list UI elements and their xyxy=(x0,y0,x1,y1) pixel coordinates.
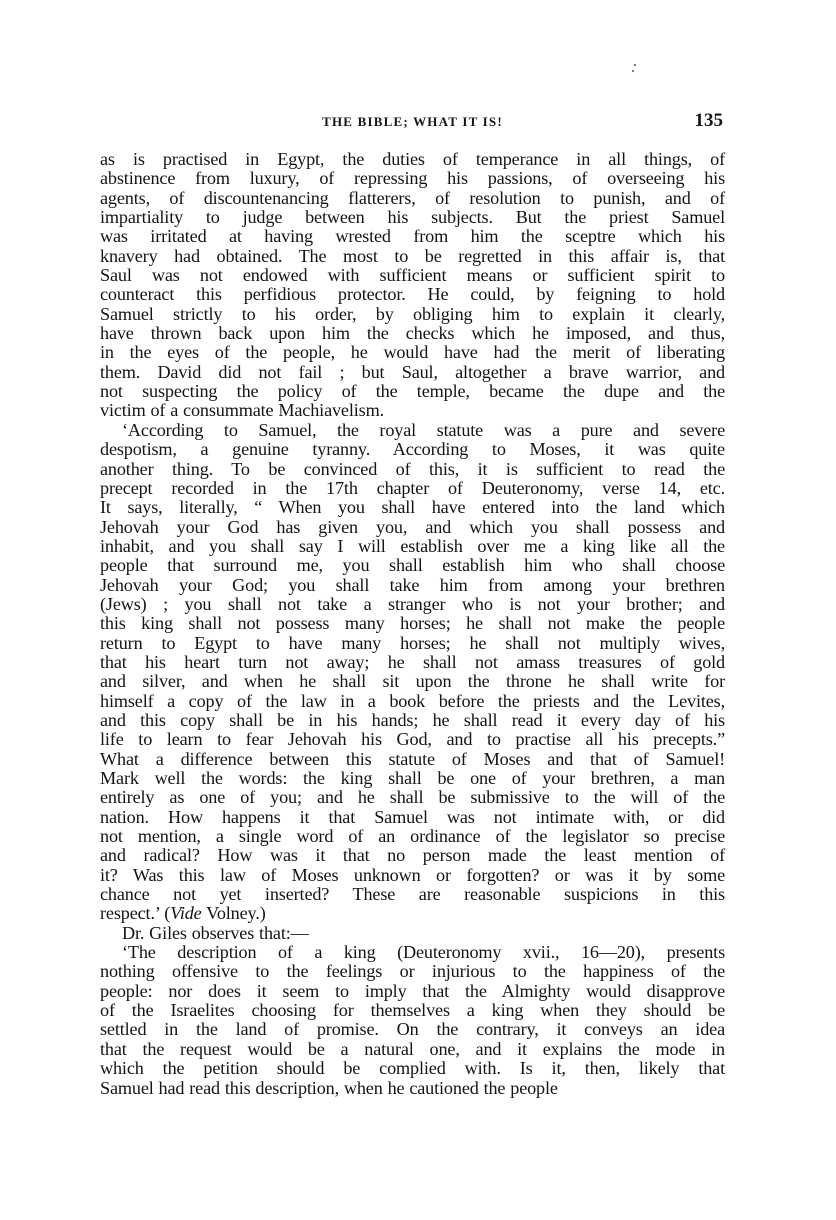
text-line: another thing. To be convinced of this, … xyxy=(100,460,725,479)
text-line: inhabit, and you shall say I will establ… xyxy=(100,537,725,556)
text-line: Samuel strictly to his order, by obligin… xyxy=(100,305,725,324)
text-line: nothing offensive to the feelings or inj… xyxy=(100,962,725,981)
text-line: Jehovah your God; you shall take him fro… xyxy=(100,576,725,595)
text-line: abstinence from luxury, of repressing hi… xyxy=(100,169,725,188)
text-line: agents, of discountenancing flatterers, … xyxy=(100,189,725,208)
text-line: himself a copy of the law in a book befo… xyxy=(100,692,725,711)
text-line: ‘The description of a king (Deuteronomy … xyxy=(100,943,725,962)
book-page: THE BIBLE; WHAT IT IS! 135 as is practis… xyxy=(100,108,725,1098)
text-line: impartiality to judge between his subjec… xyxy=(100,208,725,227)
running-title: THE BIBLE; WHAT IT IS! xyxy=(100,114,725,130)
text-line: people: nor does it seem to imply that t… xyxy=(100,982,725,1001)
text-line: chance not yet inserted? These are reaso… xyxy=(100,885,725,904)
text-line: and radical? How was it that no person m… xyxy=(100,846,725,865)
paragraph-1: as is practised in Egypt, the duties of … xyxy=(100,150,725,421)
text-line: Samuel had read this description, when h… xyxy=(100,1079,725,1098)
text-line: have thrown back upon him the checks whi… xyxy=(100,324,725,343)
text-line: despotism, a genuine tyranny. According … xyxy=(100,440,725,459)
text-line: of the Israelites choosing for themselve… xyxy=(100,1001,725,1020)
text-line: Dr. Giles observes that:— xyxy=(100,924,725,943)
text-line: in the eyes of the people, he would have… xyxy=(100,343,725,362)
text-line: and silver, and when he shall sit upon t… xyxy=(100,672,725,691)
text-line: What a difference between this statute o… xyxy=(100,750,725,769)
text-line: that his heart turn not away; he shall n… xyxy=(100,653,725,672)
paragraph-3-giles-intro: Dr. Giles observes that:— xyxy=(100,924,725,943)
text-line: knavery had obtained. The most to be reg… xyxy=(100,247,725,266)
text-fragment: respect.’ ( xyxy=(100,903,170,923)
italic-fragment: Vide xyxy=(170,903,201,923)
text-line: entirely as one of you; and he shall be … xyxy=(100,788,725,807)
text-line: counteract this perfidious protector. He… xyxy=(100,285,725,304)
text-line: it? Was this law of Moses unknown or for… xyxy=(100,866,725,885)
text-line: not mention, a single word of an ordinan… xyxy=(100,827,725,846)
text-fragment: Volney.) xyxy=(202,903,266,923)
text-line: nation. How happens it that Samuel was n… xyxy=(100,808,725,827)
text-line: not suspecting the policy of the temple,… xyxy=(100,382,725,401)
running-head: THE BIBLE; WHAT IT IS! 135 xyxy=(100,108,725,136)
text-line: them. David did not fail ; but Saul, alt… xyxy=(100,363,725,382)
text-line: victim of a consummate Machiavelism. xyxy=(100,401,725,420)
text-line: (Jews) ; you shall not take a stranger w… xyxy=(100,595,725,614)
text-line: precept recorded in the 17th chapter of … xyxy=(100,479,725,498)
text-line: Jehovah your God has given you, and whic… xyxy=(100,518,725,537)
text-line: as is practised in Egypt, the duties of … xyxy=(100,150,725,169)
text-line: was irritated at having wrested from him… xyxy=(100,227,725,246)
text-line: It says, literally, “ When you shall hav… xyxy=(100,498,725,517)
text-line: and this copy shall be in his hands; he … xyxy=(100,711,725,730)
text-line: return to Egypt to have many horses; he … xyxy=(100,634,725,653)
page-number: 135 xyxy=(695,110,724,132)
text-line: that the request would be a natural one,… xyxy=(100,1040,725,1059)
text-line: Saul was not endowed with sufficient mea… xyxy=(100,266,725,285)
text-line: which the petition should be complied wi… xyxy=(100,1059,725,1078)
text-line: people that surround me, you shall estab… xyxy=(100,556,725,575)
margin-speck xyxy=(632,70,634,72)
text-line: respect.’ (Vide Volney.) xyxy=(100,904,725,923)
text-line: settled in the land of promise. On the c… xyxy=(100,1020,725,1039)
margin-speck xyxy=(634,64,636,66)
text-line: life to learn to fear Jehovah his God, a… xyxy=(100,730,725,749)
text-line: this king shall not possess many horses;… xyxy=(100,614,725,633)
text-line: ‘According to Samuel, the royal statute … xyxy=(100,421,725,440)
paragraph-2-volney-quote: ‘According to Samuel, the royal statute … xyxy=(100,421,725,924)
paragraph-4-giles-quote: ‘The description of a king (Deuteronomy … xyxy=(100,943,725,1098)
text-line: Mark well the words: the king shall be o… xyxy=(100,769,725,788)
